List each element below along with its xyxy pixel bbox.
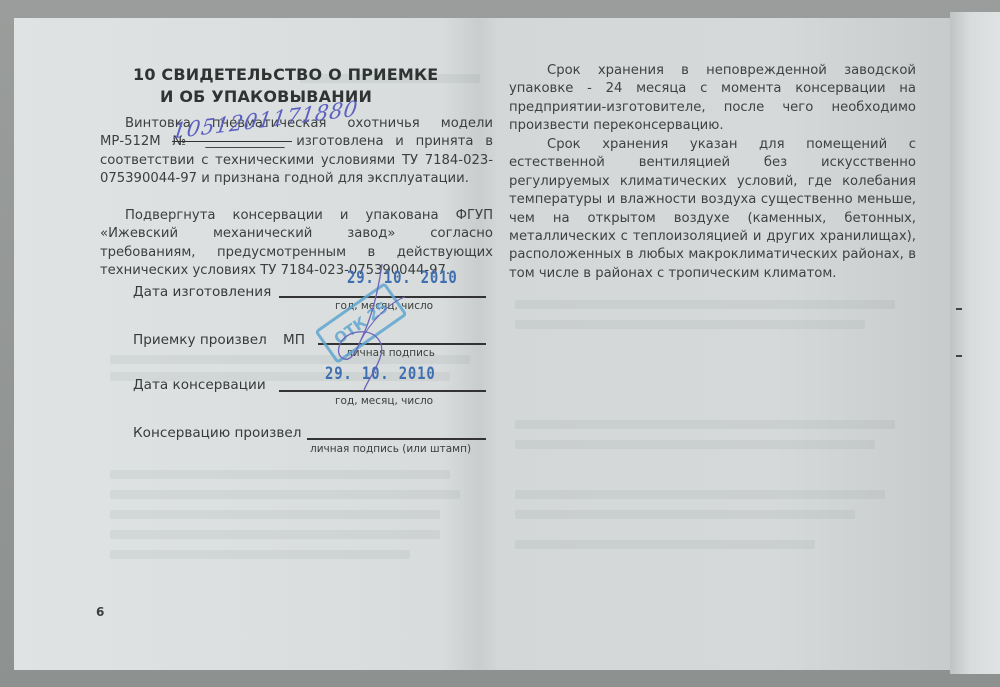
show-through-text	[515, 320, 865, 329]
storage-term-paragraph: Срок хранения в неповрежденной заводской…	[509, 62, 916, 136]
show-through-text	[110, 550, 410, 559]
conservation-date-caption: год, месяц, число	[335, 395, 433, 407]
show-through-text	[110, 490, 460, 499]
conservation-date-label: Дата консервации	[133, 377, 266, 393]
accepted-by-label: Приемку произвел	[133, 332, 267, 348]
conservation-by-label: Консервацию произвел	[133, 425, 301, 441]
show-through-text	[515, 440, 875, 449]
show-through-text	[110, 530, 440, 539]
conservation-by-signature-line	[307, 438, 486, 440]
conservation-by-caption: личная подпись (или штамп)	[310, 443, 471, 455]
seal-place-label: МП	[283, 332, 305, 348]
storage-conditions-paragraph: Срок хранения указан для помещений с ест…	[509, 136, 916, 283]
show-through-text	[110, 470, 450, 479]
storage-term-text: Срок хранения в неповрежденной заводской…	[509, 63, 916, 133]
manufacture-date-label: Дата изготовления	[133, 284, 271, 300]
show-through-text	[515, 300, 895, 309]
show-through-text	[515, 420, 895, 429]
page-number: 6	[96, 605, 104, 619]
show-through-text	[110, 510, 440, 519]
storage-conditions-text: Срок хранения указан для помещений с ест…	[509, 137, 916, 281]
show-through-text	[515, 510, 855, 519]
signature-icon	[320, 262, 430, 392]
staple-mark	[956, 355, 962, 357]
section-title-line1: 10 СВИДЕТЕЛЬСТВО О ПРИЕМКЕ	[133, 65, 438, 84]
show-through-text	[515, 540, 815, 549]
show-through-text	[515, 490, 885, 499]
next-page-edge	[950, 12, 1000, 674]
staple-mark	[956, 308, 962, 310]
